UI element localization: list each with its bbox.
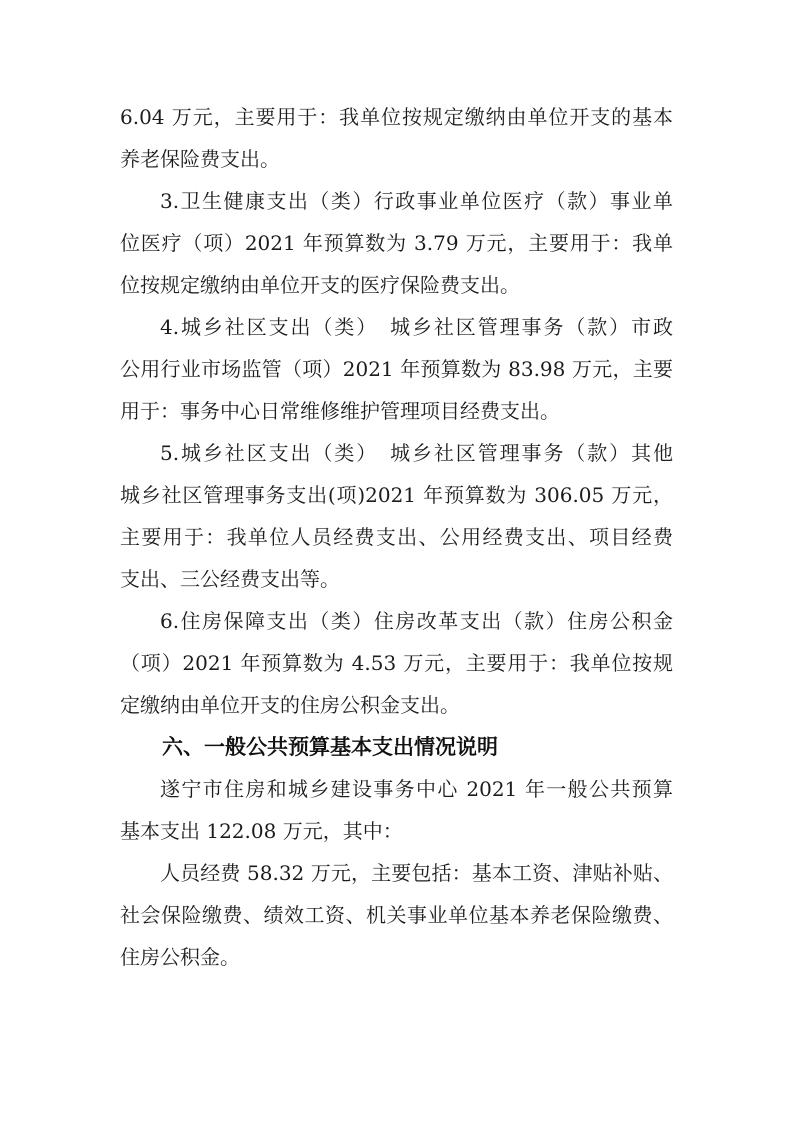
document-page: 6.04 万元，主要用于：我单位按规定缴纳由单位开支的基本养老保险费支出。3.卫… [0, 0, 793, 1122]
text-line: 5.城乡社区支出（类） 城乡社区管理事务（款）其他 [120, 432, 673, 474]
paragraph: 人员经费 58.32 万元，主要包括：基本工资、津贴补贴、社会保险缴费、绩效工资… [120, 852, 673, 978]
paragraph: 3.卫生健康支出（类）行政事业单位医疗（款）事业单位医疗（项）2021 年预算数… [120, 180, 673, 306]
text-line: 基本支出 122.08 万元，其中： [120, 810, 673, 852]
text-line: 城乡社区管理事务支出(项)2021 年预算数为 306.05 万元， [120, 474, 673, 516]
paragraph: 遂宁市住房和城乡建设事务中心 2021 年一般公共预算基本支出 122.08 万… [120, 768, 673, 852]
text-line: 公用行业市场监管（项）2021 年预算数为 83.98 万元，主要 [120, 348, 673, 390]
section-heading: 六、一般公共预算基本支出情况说明 [120, 726, 673, 768]
paragraph: 5.城乡社区支出（类） 城乡社区管理事务（款）其他城乡社区管理事务支出(项)20… [120, 432, 673, 600]
text-line: 3.卫生健康支出（类）行政事业单位医疗（款）事业单 [120, 180, 673, 222]
text-line: 位按规定缴纳由单位开支的医疗保险费支出。 [120, 264, 673, 306]
text-line: （项）2021 年预算数为 4.53 万元，主要用于：我单位按规 [120, 642, 673, 684]
text-line: 养老保险费支出。 [120, 138, 673, 180]
text-line: 4.城乡社区支出（类） 城乡社区管理事务（款）市政 [120, 306, 673, 348]
text-line: 支出、三公经费支出等。 [120, 558, 673, 600]
text-line: 主要用于：我单位人员经费支出、公用经费支出、项目经费 [120, 516, 673, 558]
text-line: 人员经费 58.32 万元，主要包括：基本工资、津贴补贴、 [120, 852, 673, 894]
text-line: 遂宁市住房和城乡建设事务中心 2021 年一般公共预算 [120, 768, 673, 810]
paragraph: 4.城乡社区支出（类） 城乡社区管理事务（款）市政公用行业市场监管（项）2021… [120, 306, 673, 432]
paragraph: 6.04 万元，主要用于：我单位按规定缴纳由单位开支的基本养老保险费支出。 [120, 96, 673, 180]
document-body: 6.04 万元，主要用于：我单位按规定缴纳由单位开支的基本养老保险费支出。3.卫… [120, 96, 673, 978]
text-line: 6.住房保障支出（类）住房改革支出（款）住房公积金 [120, 600, 673, 642]
text-line: 定缴纳由单位开支的住房公积金支出。 [120, 684, 673, 726]
text-line: 位医疗（项）2021 年预算数为 3.79 万元，主要用于：我单 [120, 222, 673, 264]
paragraph: 6.住房保障支出（类）住房改革支出（款）住房公积金（项）2021 年预算数为 4… [120, 600, 673, 726]
text-line: 用于：事务中心日常维修维护管理项目经费支出。 [120, 390, 673, 432]
text-line: 住房公积金。 [120, 936, 673, 978]
text-line: 六、一般公共预算基本支出情况说明 [120, 726, 673, 768]
text-line: 6.04 万元，主要用于：我单位按规定缴纳由单位开支的基本 [120, 96, 673, 138]
text-line: 社会保险缴费、绩效工资、机关事业单位基本养老保险缴费、 [120, 894, 673, 936]
